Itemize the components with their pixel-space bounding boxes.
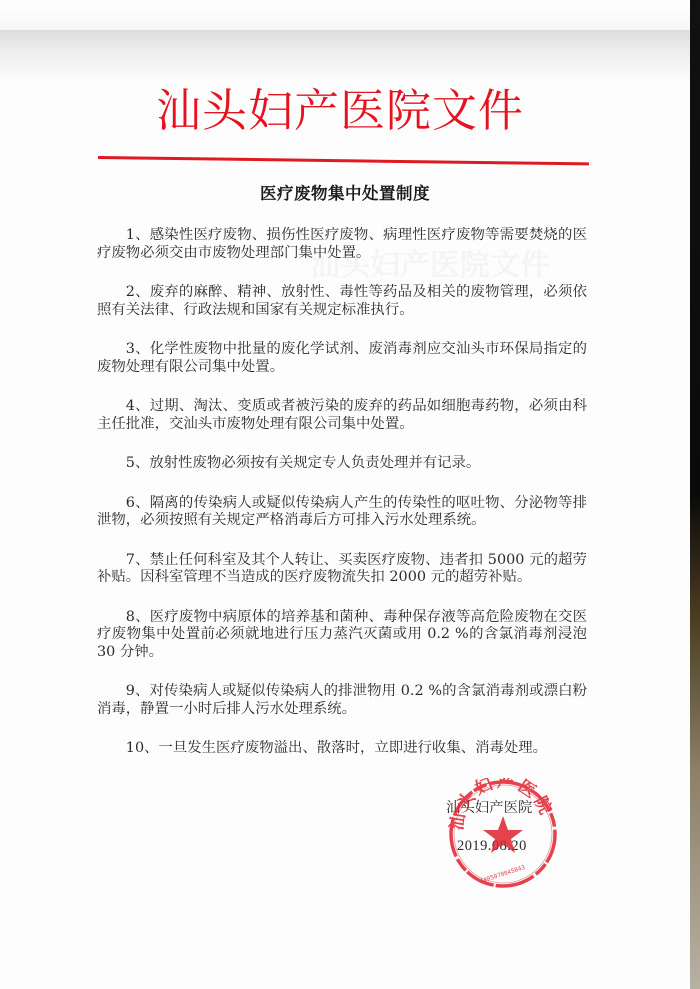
red-header-rule <box>98 156 589 165</box>
paragraph-6: 6、隔离的传染病人或疑似传染病人产生的传染性的呕吐物、分泌物等排泄物，必须按照有… <box>97 495 587 530</box>
paragraph-10: 10、一旦发生医疗废物溢出、散落时，立即进行收集、消毒处理。 <box>97 740 587 758</box>
official-seal-stamp: 汕头妇产医院 4405070045843 <box>447 778 559 890</box>
paragraph-4: 4、过期、淘汰、变质或者被污染的废弃的药品如细胞毒药物，必须由科主任批准，交汕头… <box>97 398 587 433</box>
scan-top-margin <box>0 0 690 32</box>
paragraph-1: 1、感染性医疗废物、损伤性医疗废物、病理性医疗废物等需要焚烧的医疗废物必须交由市… <box>97 227 587 262</box>
scanned-page: 汕头妇产医院文件 汕头妇产医院文件 医疗废物集中处置制度 1、感染性医疗废物、损… <box>0 0 690 989</box>
document-title: 医疗废物集中处置制度 <box>0 180 690 204</box>
paragraph-7: 7、禁止任何科室及其个人转让、买卖医疗废物、违者扣 5000 元的超劳补贴。因科… <box>97 552 587 587</box>
document-header-title: 汕头妇产医院文件 <box>156 84 536 138</box>
paragraph-8: 8、医疗废物中病原体的培养基和菌种、毒种保存液等高危险废物在交医疗废物集中处置前… <box>97 609 587 662</box>
paragraph-9: 9、对传染病人或疑似传染病人的排泄物用 0.2 %的含氯消毒剂或漂白粉消毒，静置… <box>97 683 587 718</box>
paragraph-5: 5、放射性废物必须按有关规定专人负责处理并有记录。 <box>97 455 587 473</box>
scan-fold-shadow <box>0 30 690 80</box>
scan-right-edge <box>690 0 700 989</box>
star-icon <box>483 816 523 853</box>
paragraph-3: 3、化学性废物中批量的废化学试剂、废消毒剂应交汕头市环保局指定的废物处理有限公司… <box>97 341 587 376</box>
document-body: 1、感染性医疗废物、损伤性医疗废物、病理性医疗废物等需要焚烧的医疗废物必须交由市… <box>97 227 587 780</box>
paragraph-2: 2、废弃的麻醉、精神、放射性、毒性等药品及相关的废物管理，必须依照有关法律、行政… <box>97 284 587 319</box>
